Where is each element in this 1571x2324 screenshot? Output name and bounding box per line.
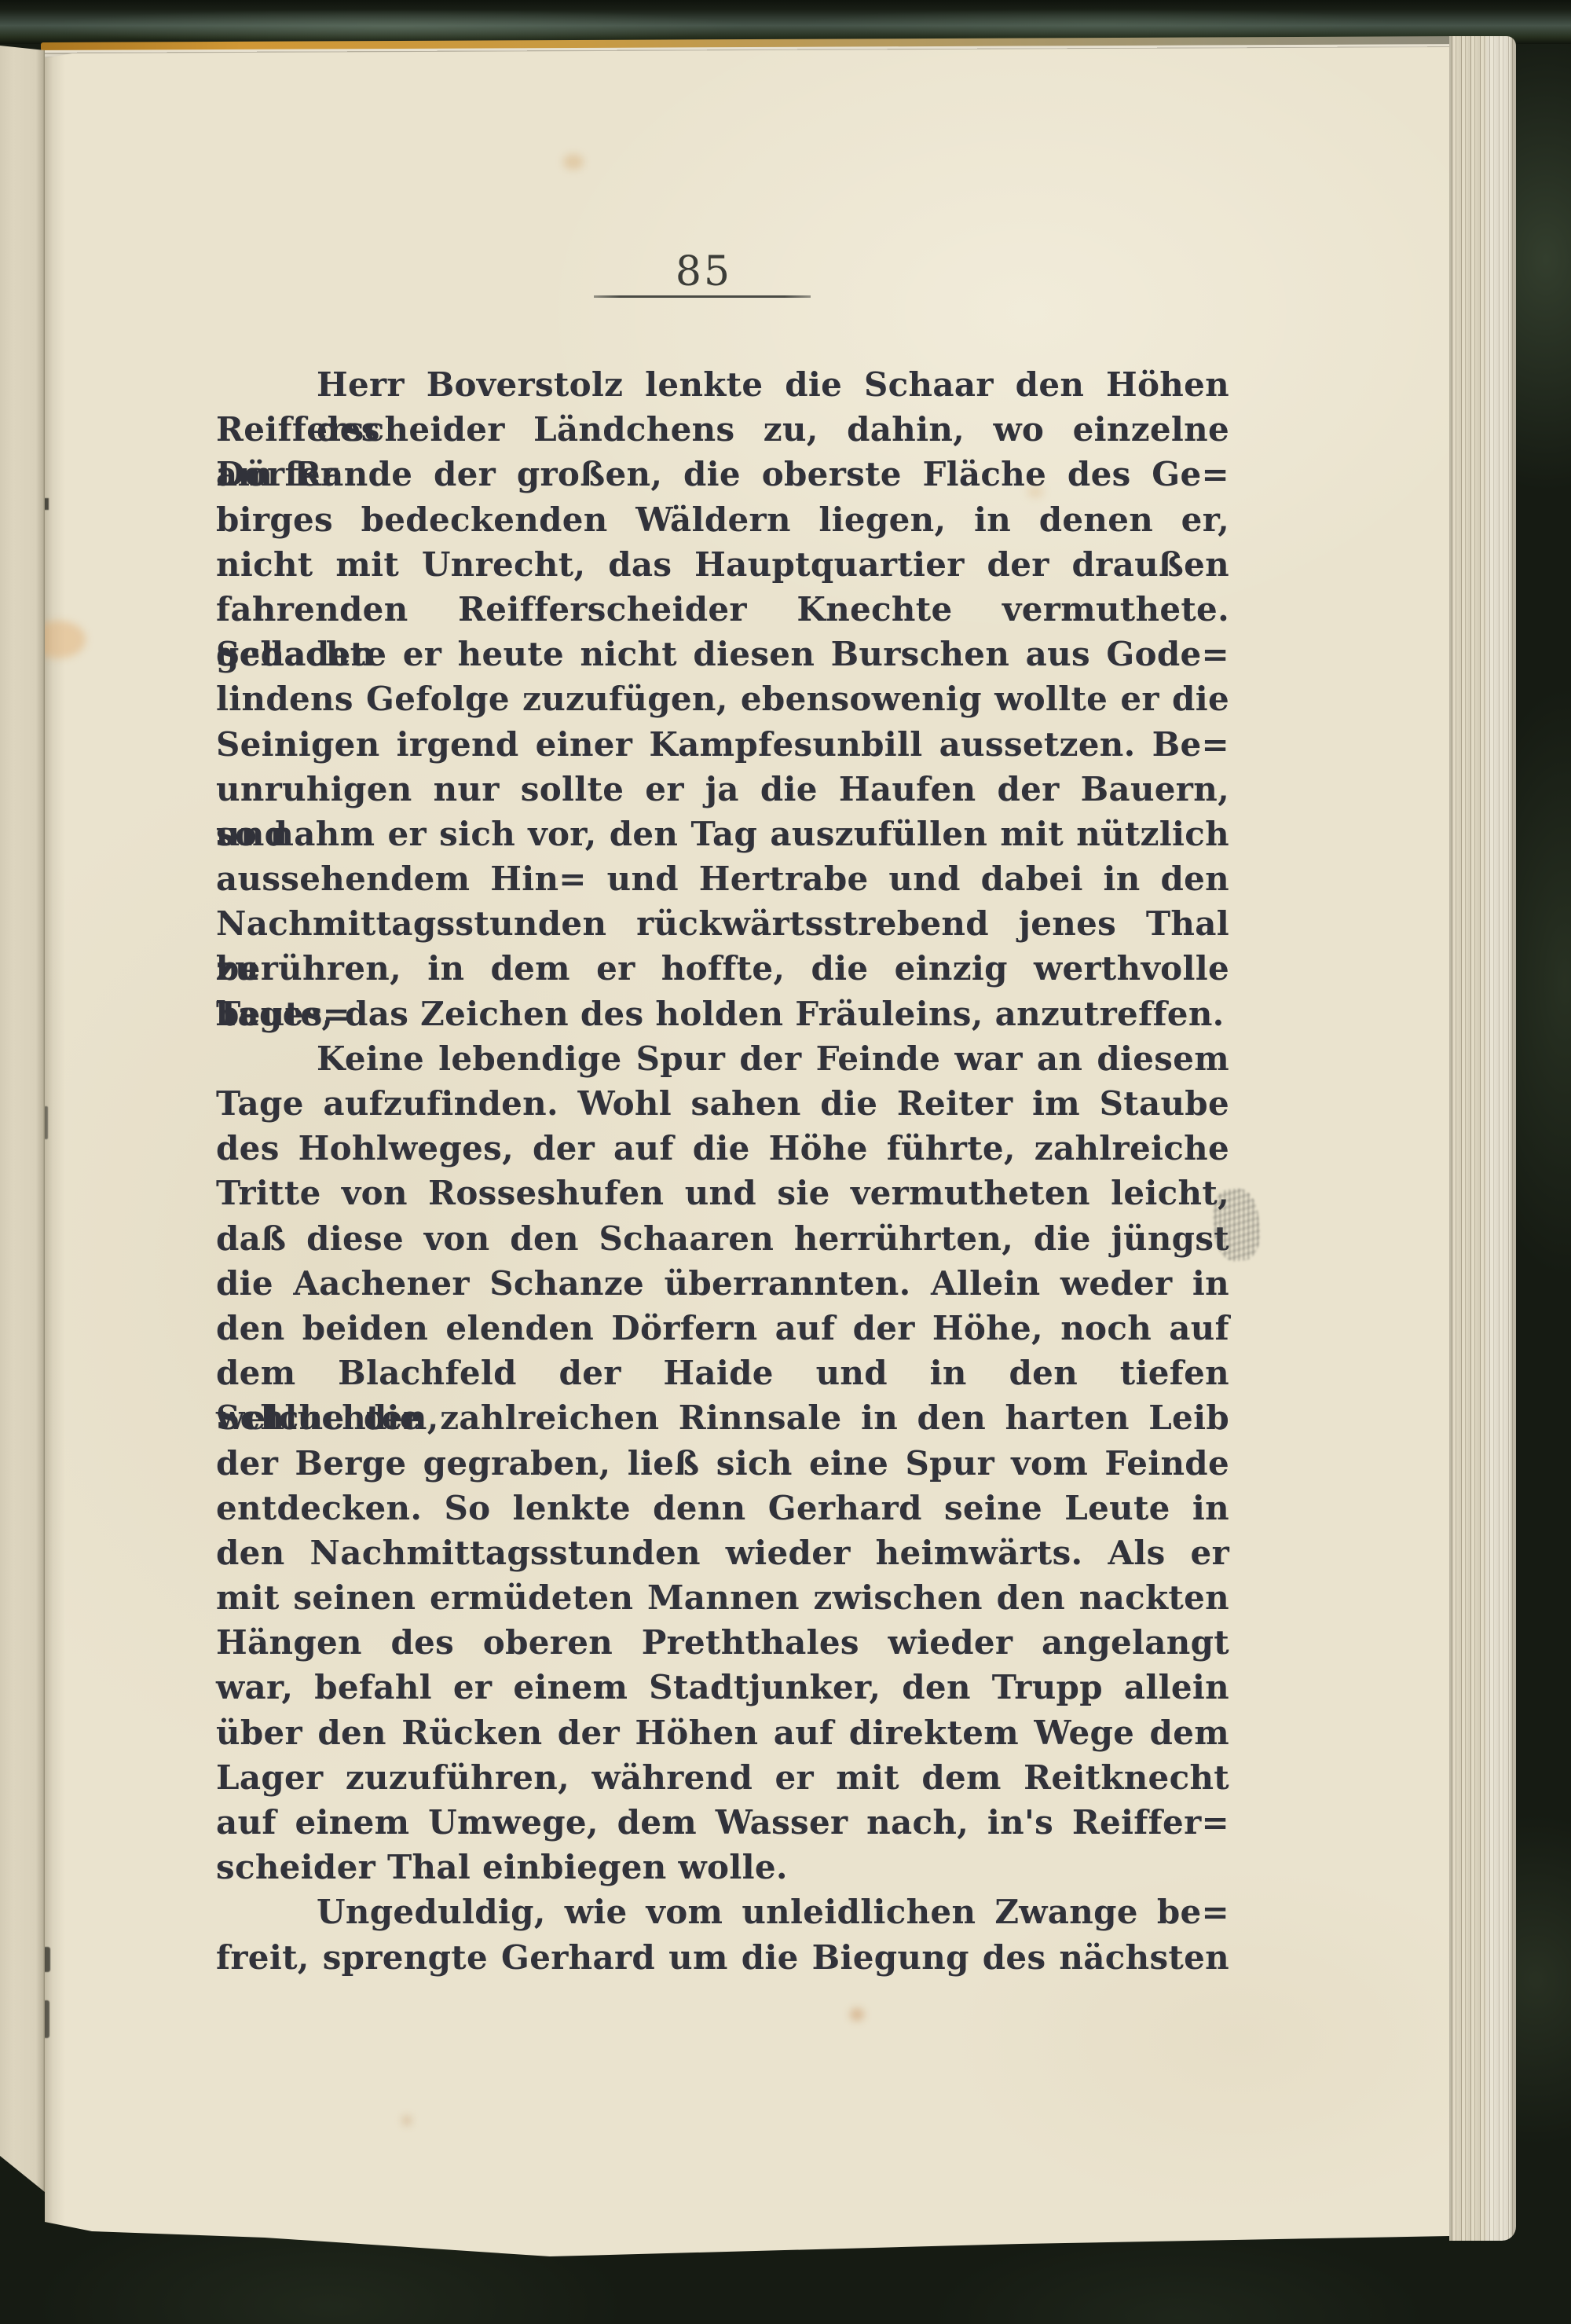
text-line: freit, sprengte Gerhard um die Biegung d… [216, 1935, 1229, 1980]
text-block: Herr Boverstolz lenkte die Schaar den Hö… [216, 362, 1229, 1980]
text-line: am Rande der großen, die oberste Fläche … [216, 452, 1229, 497]
text-line: den beiden elenden Dörfern auf der Höhe,… [216, 1306, 1229, 1351]
text-line: die Aachener Schanze überrannten. Allein… [216, 1261, 1229, 1306]
text-line: dem Blachfeld der Haide und in den tiefe… [216, 1351, 1229, 1395]
foxing-spot [1027, 486, 1044, 498]
text-line: Herr Boverstolz lenkte die Schaar den Hö… [216, 362, 1229, 407]
text-line: berühren, in dem er hoffte, die einzig w… [216, 946, 1229, 991]
book-photo: 85 Herr Boverstolz lenkte die Schaar den… [0, 0, 1571, 2324]
header-rule [594, 295, 811, 298]
text-line: der Berge gegraben, ließ sich eine Spur … [216, 1441, 1229, 1486]
foxing-spot [850, 2008, 864, 2021]
foxing-spot [563, 154, 584, 170]
text-line: Hängen des oberen Preththales wieder ang… [216, 1620, 1229, 1665]
text-line: Tritte von Rosseshufen und sie vermuthet… [216, 1171, 1229, 1215]
text-line: so nahm er sich vor, den Tag auszufüllen… [216, 812, 1229, 856]
text-line: Tage aufzufinden. Wohl sahen die Reiter … [216, 1081, 1229, 1126]
text-line: Ungeduldig, wie vom unleidlichen Zwange … [216, 1890, 1229, 1934]
text-line: Seinigen irgend einer Kampfesunbill auss… [216, 722, 1229, 767]
text-line: Keine lebendige Spur der Feinde war an d… [216, 1036, 1229, 1081]
text-line: Nachmittagsstunden rückwärtsstrebend jen… [216, 901, 1229, 946]
fore-edge-page-stack [1449, 36, 1516, 2241]
text-line: über den Rücken der Höhen auf direktem W… [216, 1710, 1229, 1755]
underlying-page-sliver [0, 46, 45, 2245]
text-line: nicht mit Unrecht, das Hauptquartier der… [216, 542, 1229, 587]
book-page: 85 Herr Boverstolz lenkte die Schaar den… [45, 46, 1449, 2261]
foxing-spot [402, 2116, 412, 2125]
text-line: entdecken. So lenkte denn Gerhard seine … [216, 1486, 1229, 1530]
text-line: gedachte er heute nicht diesen Burschen … [216, 632, 1229, 676]
text-line: Lager zuzuführen, während er mit dem Rei… [216, 1755, 1229, 1800]
text-line: daß diese von den Schaaren herrührten, d… [216, 1216, 1229, 1261]
text-line: mit seinen ermüdeten Mannen zwischen den… [216, 1575, 1229, 1620]
text-line: unruhigen nur sollte er ja die Haufen de… [216, 767, 1229, 812]
page-number: 85 [676, 251, 732, 292]
text-line: birges bedeckenden Wäldern liegen, in de… [216, 497, 1229, 542]
text-line: war, befahl er einem Stadtjunker, den Tr… [216, 1665, 1229, 1710]
text-line: den Nachmittagsstunden wieder heimwärts.… [216, 1530, 1229, 1575]
page-header: 85 [45, 251, 1449, 292]
text-line: des Hohlweges, der auf die Höhe führte, … [216, 1126, 1229, 1171]
text-line: auf einem Umwege, dem Wasser nach, in's … [216, 1800, 1229, 1845]
text-line: aussehendem Hin= und Hertrabe und dabei … [216, 856, 1229, 901]
gutter-shadow [45, 46, 65, 2261]
text-line: fahrenden Reifferscheider Knechte vermut… [216, 587, 1229, 632]
text-line: welche die zahlreichen Rinnsale in den h… [216, 1395, 1229, 1440]
text-line: lindens Gefolge zuzufügen, ebensowenig w… [216, 676, 1229, 721]
text-line: scheider Thal einbiegen wolle. [216, 1845, 1229, 1890]
text-line: Reifferscheider Ländchens zu, dahin, wo … [216, 407, 1229, 452]
text-line: beute, das Zeichen des holden Fräuleins,… [216, 992, 1229, 1036]
